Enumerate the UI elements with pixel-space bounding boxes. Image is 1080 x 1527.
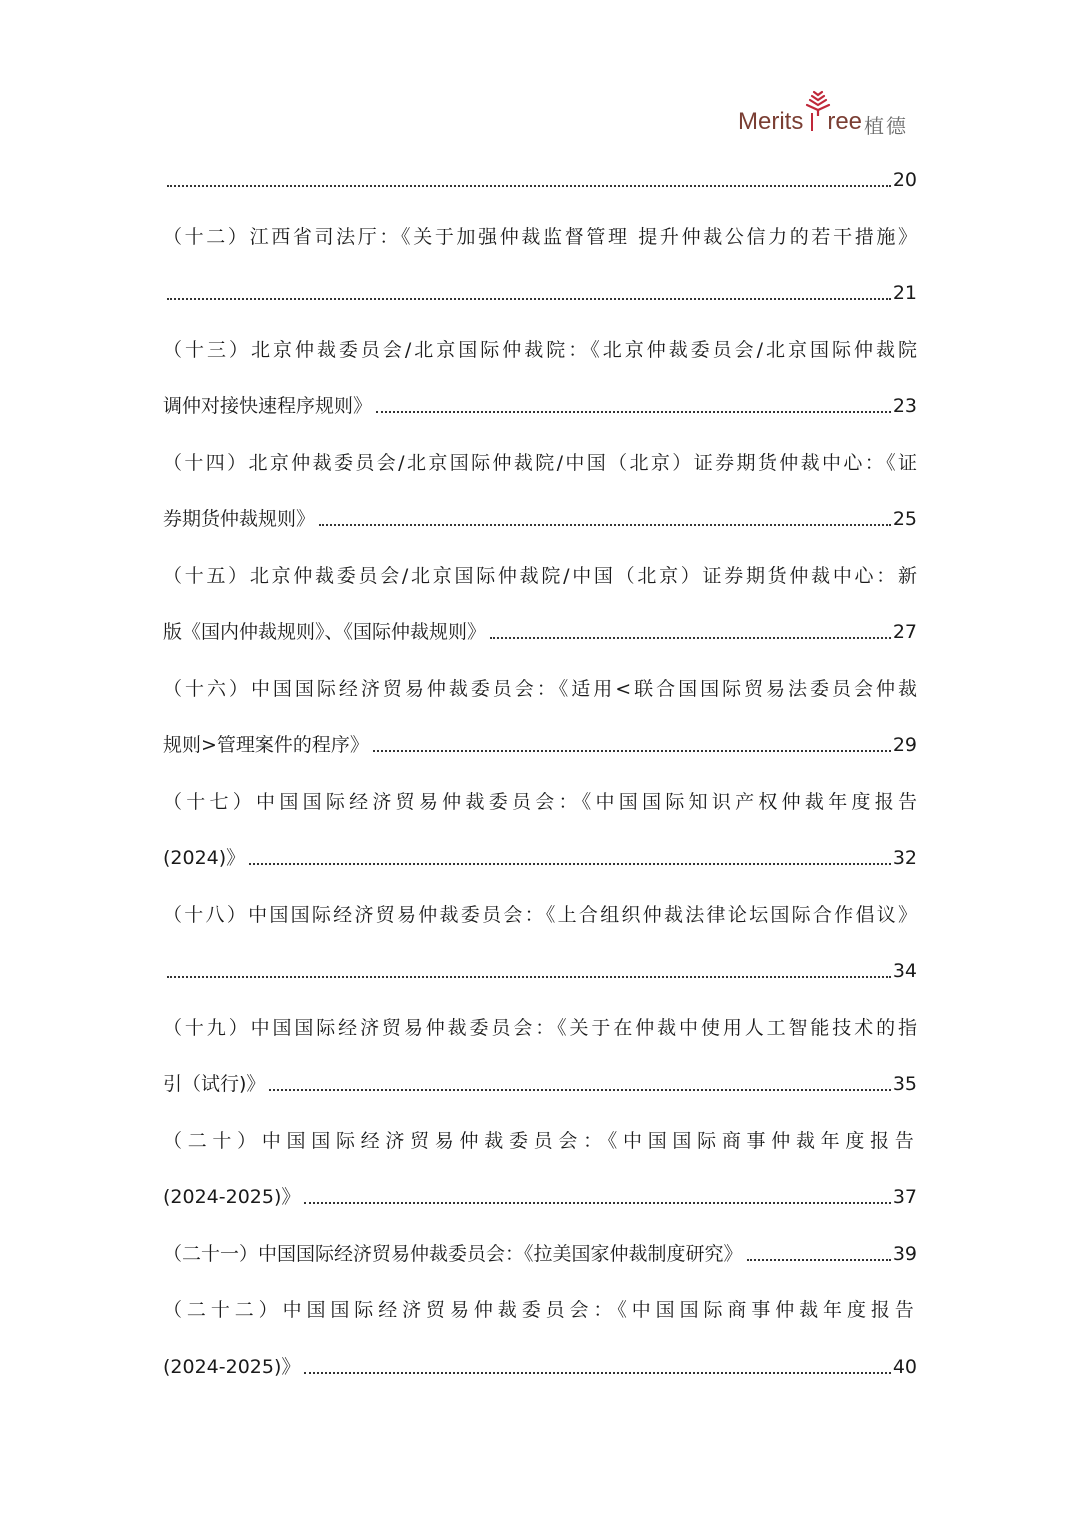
logo-wordmark: Meritsree xyxy=(738,108,862,136)
toc-entry-title: 调仲对接快速程序规则》 xyxy=(163,391,372,421)
dot-leader xyxy=(167,184,891,187)
toc-entry-text: （十二）江西省司法厅：《关于加强仲裁监督管理 提升仲裁公信力的若干措施》 xyxy=(163,222,917,252)
dot-leader xyxy=(304,1201,890,1204)
toc-entry-title: （十七）中国国际经济贸易仲裁委员会：《中国国际知识产权仲裁年度报告 xyxy=(163,787,917,817)
toc-entry-text: （十七）中国国际经济贸易仲裁委员会：《中国国际知识产权仲裁年度报告 xyxy=(163,787,917,817)
meritstree-logo: Meritsree 植德 xyxy=(738,90,918,140)
logo-chinese-name: 植德 xyxy=(864,110,908,139)
toc-entry-text: （十九）中国国际经济贸易仲裁委员会：《关于在仲裁中使用人工智能技术的指 xyxy=(163,1013,917,1043)
page-number: 29 xyxy=(893,730,917,760)
toc-entry-title: （十三）北京仲裁委员会/北京国际仲裁院：《北京仲裁委员会/北京国际仲裁院 xyxy=(163,335,917,365)
toc-entry-title: （十五）北京仲裁委员会/北京国际仲裁院/中国（北京）证券期货仲裁中心：新 xyxy=(163,561,917,591)
page-number: 27 xyxy=(893,617,917,647)
toc-entry-link[interactable]: 引（试行)》35 xyxy=(163,1069,917,1099)
toc-entry-link[interactable]: (2024)》32 xyxy=(163,843,917,873)
dot-leader xyxy=(319,523,891,526)
toc-entry-text: （十八）中国国际经济贸易仲裁委员会：《上合组织仲裁法律论坛国际合作倡议》 xyxy=(163,900,917,930)
dot-leader xyxy=(249,862,891,865)
page-number: 37 xyxy=(893,1182,917,1212)
toc-entry-title: （十六）中国国际经济贸易仲裁委员会：《适用<联合国国际贸易法委员会仲裁 xyxy=(163,674,917,704)
toc-entry-link[interactable]: 21 xyxy=(163,278,917,308)
toc-entry-title: (2024)》 xyxy=(163,843,245,873)
dot-leader xyxy=(167,297,891,300)
dot-leader xyxy=(747,1258,891,1261)
page-number: 20 xyxy=(893,165,917,195)
toc-entry-text: （二十二）中国国际经济贸易仲裁委员会：《中国国际商事仲裁年度报告 xyxy=(163,1295,917,1325)
toc-entry-title: 券期货仲裁规则》 xyxy=(163,504,315,534)
toc-entry-link[interactable]: 券期货仲裁规则》25 xyxy=(163,504,917,534)
dot-leader xyxy=(167,975,891,978)
logo-text-tree: ree xyxy=(827,108,862,135)
toc-entry-link[interactable]: 版《国内仲裁规则》、《国际仲裁规则》27 xyxy=(163,617,917,647)
page-number: 23 xyxy=(893,391,917,421)
toc-entry-text: （二十）中国国际经济贸易仲裁委员会：《中国国际商事仲裁年度报告 xyxy=(163,1126,917,1156)
toc-entry-title: 引（试行)》 xyxy=(163,1069,265,1099)
toc-entry-text: （十三）北京仲裁委员会/北京国际仲裁院：《北京仲裁委员会/北京国际仲裁院 xyxy=(163,335,917,365)
dot-leader xyxy=(490,636,891,639)
dot-leader xyxy=(269,1088,890,1091)
dot-leader xyxy=(304,1371,890,1374)
page-number: 40 xyxy=(893,1352,917,1382)
toc-entry-title: （十四）北京仲裁委员会/北京国际仲裁院/中国（北京）证券期货仲裁中心：《证 xyxy=(163,448,917,478)
page-number: 39 xyxy=(893,1239,917,1269)
toc-entry-title: (2024-2025)》 xyxy=(163,1352,300,1382)
toc-entry-link[interactable]: 规则>管理案件的程序》29 xyxy=(163,730,917,760)
toc-entry-title: （二十）中国国际经济贸易仲裁委员会：《中国国际商事仲裁年度报告 xyxy=(163,1126,917,1156)
toc-entry-title: 版《国内仲裁规则》、《国际仲裁规则》 xyxy=(163,617,486,647)
toc-entry-text: （十四）北京仲裁委员会/北京国际仲裁院/中国（北京）证券期货仲裁中心：《证 xyxy=(163,448,917,478)
dot-leader xyxy=(376,410,891,413)
toc-entry-title: (2024-2025)》 xyxy=(163,1182,300,1212)
toc-entry-title: （十二）江西省司法厅：《关于加强仲裁监督管理 提升仲裁公信力的若干措施》 xyxy=(163,222,917,252)
page-number: 35 xyxy=(893,1069,917,1099)
toc-entry-title: （十九）中国国际经济贸易仲裁委员会：《关于在仲裁中使用人工智能技术的指 xyxy=(163,1013,917,1043)
page-number: 21 xyxy=(893,278,917,308)
dot-leader xyxy=(373,749,891,752)
page-number: 32 xyxy=(893,843,917,873)
toc-entry-title: （十八）中国国际经济贸易仲裁委员会：《上合组织仲裁法律论坛国际合作倡议》 xyxy=(163,900,917,930)
toc-entry-link[interactable]: 调仲对接快速程序规则》23 xyxy=(163,391,917,421)
toc-entry-title: 规则>管理案件的程序》 xyxy=(163,730,369,760)
toc-entry-link[interactable]: (2024-2025)》40 xyxy=(163,1352,917,1382)
page-number: 25 xyxy=(893,504,917,534)
toc-entry-link[interactable]: 34 xyxy=(163,956,917,986)
toc-entry-link[interactable]: (2024-2025)》37 xyxy=(163,1182,917,1212)
toc-entry-text: （十五）北京仲裁委员会/北京国际仲裁院/中国（北京）证券期货仲裁中心：新 xyxy=(163,561,917,591)
toc-entry-title: （二十一）中国国际经济贸易仲裁委员会：《拉美国家仲裁制度研究》 xyxy=(163,1239,743,1269)
toc-entry-text: （十六）中国国际经济贸易仲裁委员会：《适用<联合国国际贸易法委员会仲裁 xyxy=(163,674,917,704)
toc-entry-title: （二十二）中国国际经济贸易仲裁委员会：《中国国际商事仲裁年度报告 xyxy=(163,1295,917,1325)
toc-entry-link[interactable]: （二十一）中国国际经济贸易仲裁委员会：《拉美国家仲裁制度研究》39 xyxy=(163,1239,917,1269)
toc-entry-link[interactable]: 20 xyxy=(163,165,917,195)
logo-text-merits: Merits xyxy=(738,108,803,135)
page-number: 34 xyxy=(893,956,917,986)
